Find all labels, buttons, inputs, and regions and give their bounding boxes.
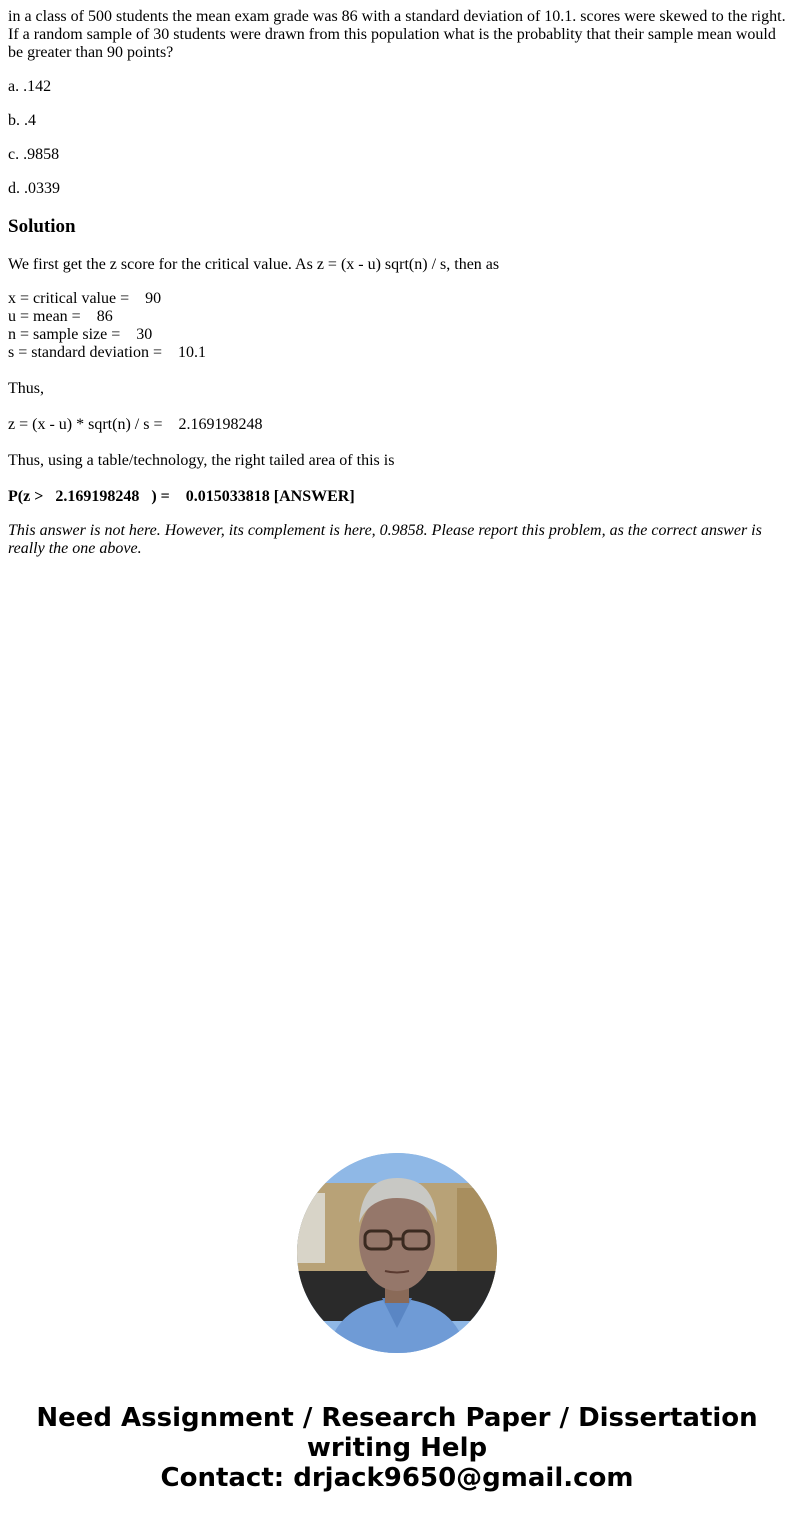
option-c: c. .9858	[8, 146, 788, 164]
z-value: 2.169198248	[178, 416, 262, 433]
variable-row: s = standard deviation = 10.1	[8, 344, 788, 362]
variable-label: x = critical value =	[8, 290, 129, 307]
variable-value: 90	[145, 290, 161, 307]
z-score-line: z = (x - u) * sqrt(n) / s = 2.169198248	[8, 416, 788, 434]
table-text: Thus, using a table/technology, the righ…	[8, 452, 788, 470]
document-content: in a class of 500 students the mean exam…	[8, 8, 788, 574]
promo-banner: Need Assignment / Research Paper / Disse…	[0, 1403, 794, 1493]
variable-value: 30	[136, 326, 152, 343]
variable-row: u = mean = 86	[8, 308, 788, 326]
promo-line-2: writing Help	[0, 1433, 794, 1463]
answer-z: 2.169198248	[55, 488, 139, 505]
solution-intro: We first get the z score for the critica…	[8, 256, 788, 274]
question-text: in a class of 500 students the mean exam…	[8, 8, 788, 62]
answer-line: P(z > 2.169198248 ) = 0.015033818 [ANSWE…	[8, 488, 788, 506]
option-a: a. .142	[8, 78, 788, 96]
z-formula: z = (x - u) * sqrt(n) / s =	[8, 416, 162, 433]
variable-label: s = standard deviation =	[8, 344, 162, 361]
variable-label: u = mean =	[8, 308, 81, 325]
answer-prefix: P(z >	[8, 488, 43, 505]
answer-mid: ) =	[151, 488, 169, 505]
variable-label: n = sample size =	[8, 326, 120, 343]
answer-value: 0.015033818 [ANSWER]	[186, 488, 355, 505]
tutor-portrait-icon	[297, 1153, 497, 1353]
option-d: d. .0339	[8, 180, 788, 198]
promo-contact: Contact: drjack9650@gmail.com	[0, 1463, 794, 1493]
promo-line-1: Need Assignment / Research Paper / Disse…	[0, 1403, 794, 1433]
variable-row: x = critical value = 90	[8, 290, 788, 308]
variable-list: x = critical value = 90 u = mean = 86 n …	[8, 290, 788, 362]
solution-heading: Solution	[8, 216, 788, 238]
option-b: b. .4	[8, 112, 788, 130]
variable-value: 86	[97, 308, 113, 325]
thus-text: Thus,	[8, 380, 788, 398]
variable-row: n = sample size = 30	[8, 326, 788, 344]
tutor-avatar	[297, 1153, 497, 1353]
note-text: This answer is not here. However, its co…	[8, 522, 788, 558]
variable-value: 10.1	[178, 344, 206, 361]
